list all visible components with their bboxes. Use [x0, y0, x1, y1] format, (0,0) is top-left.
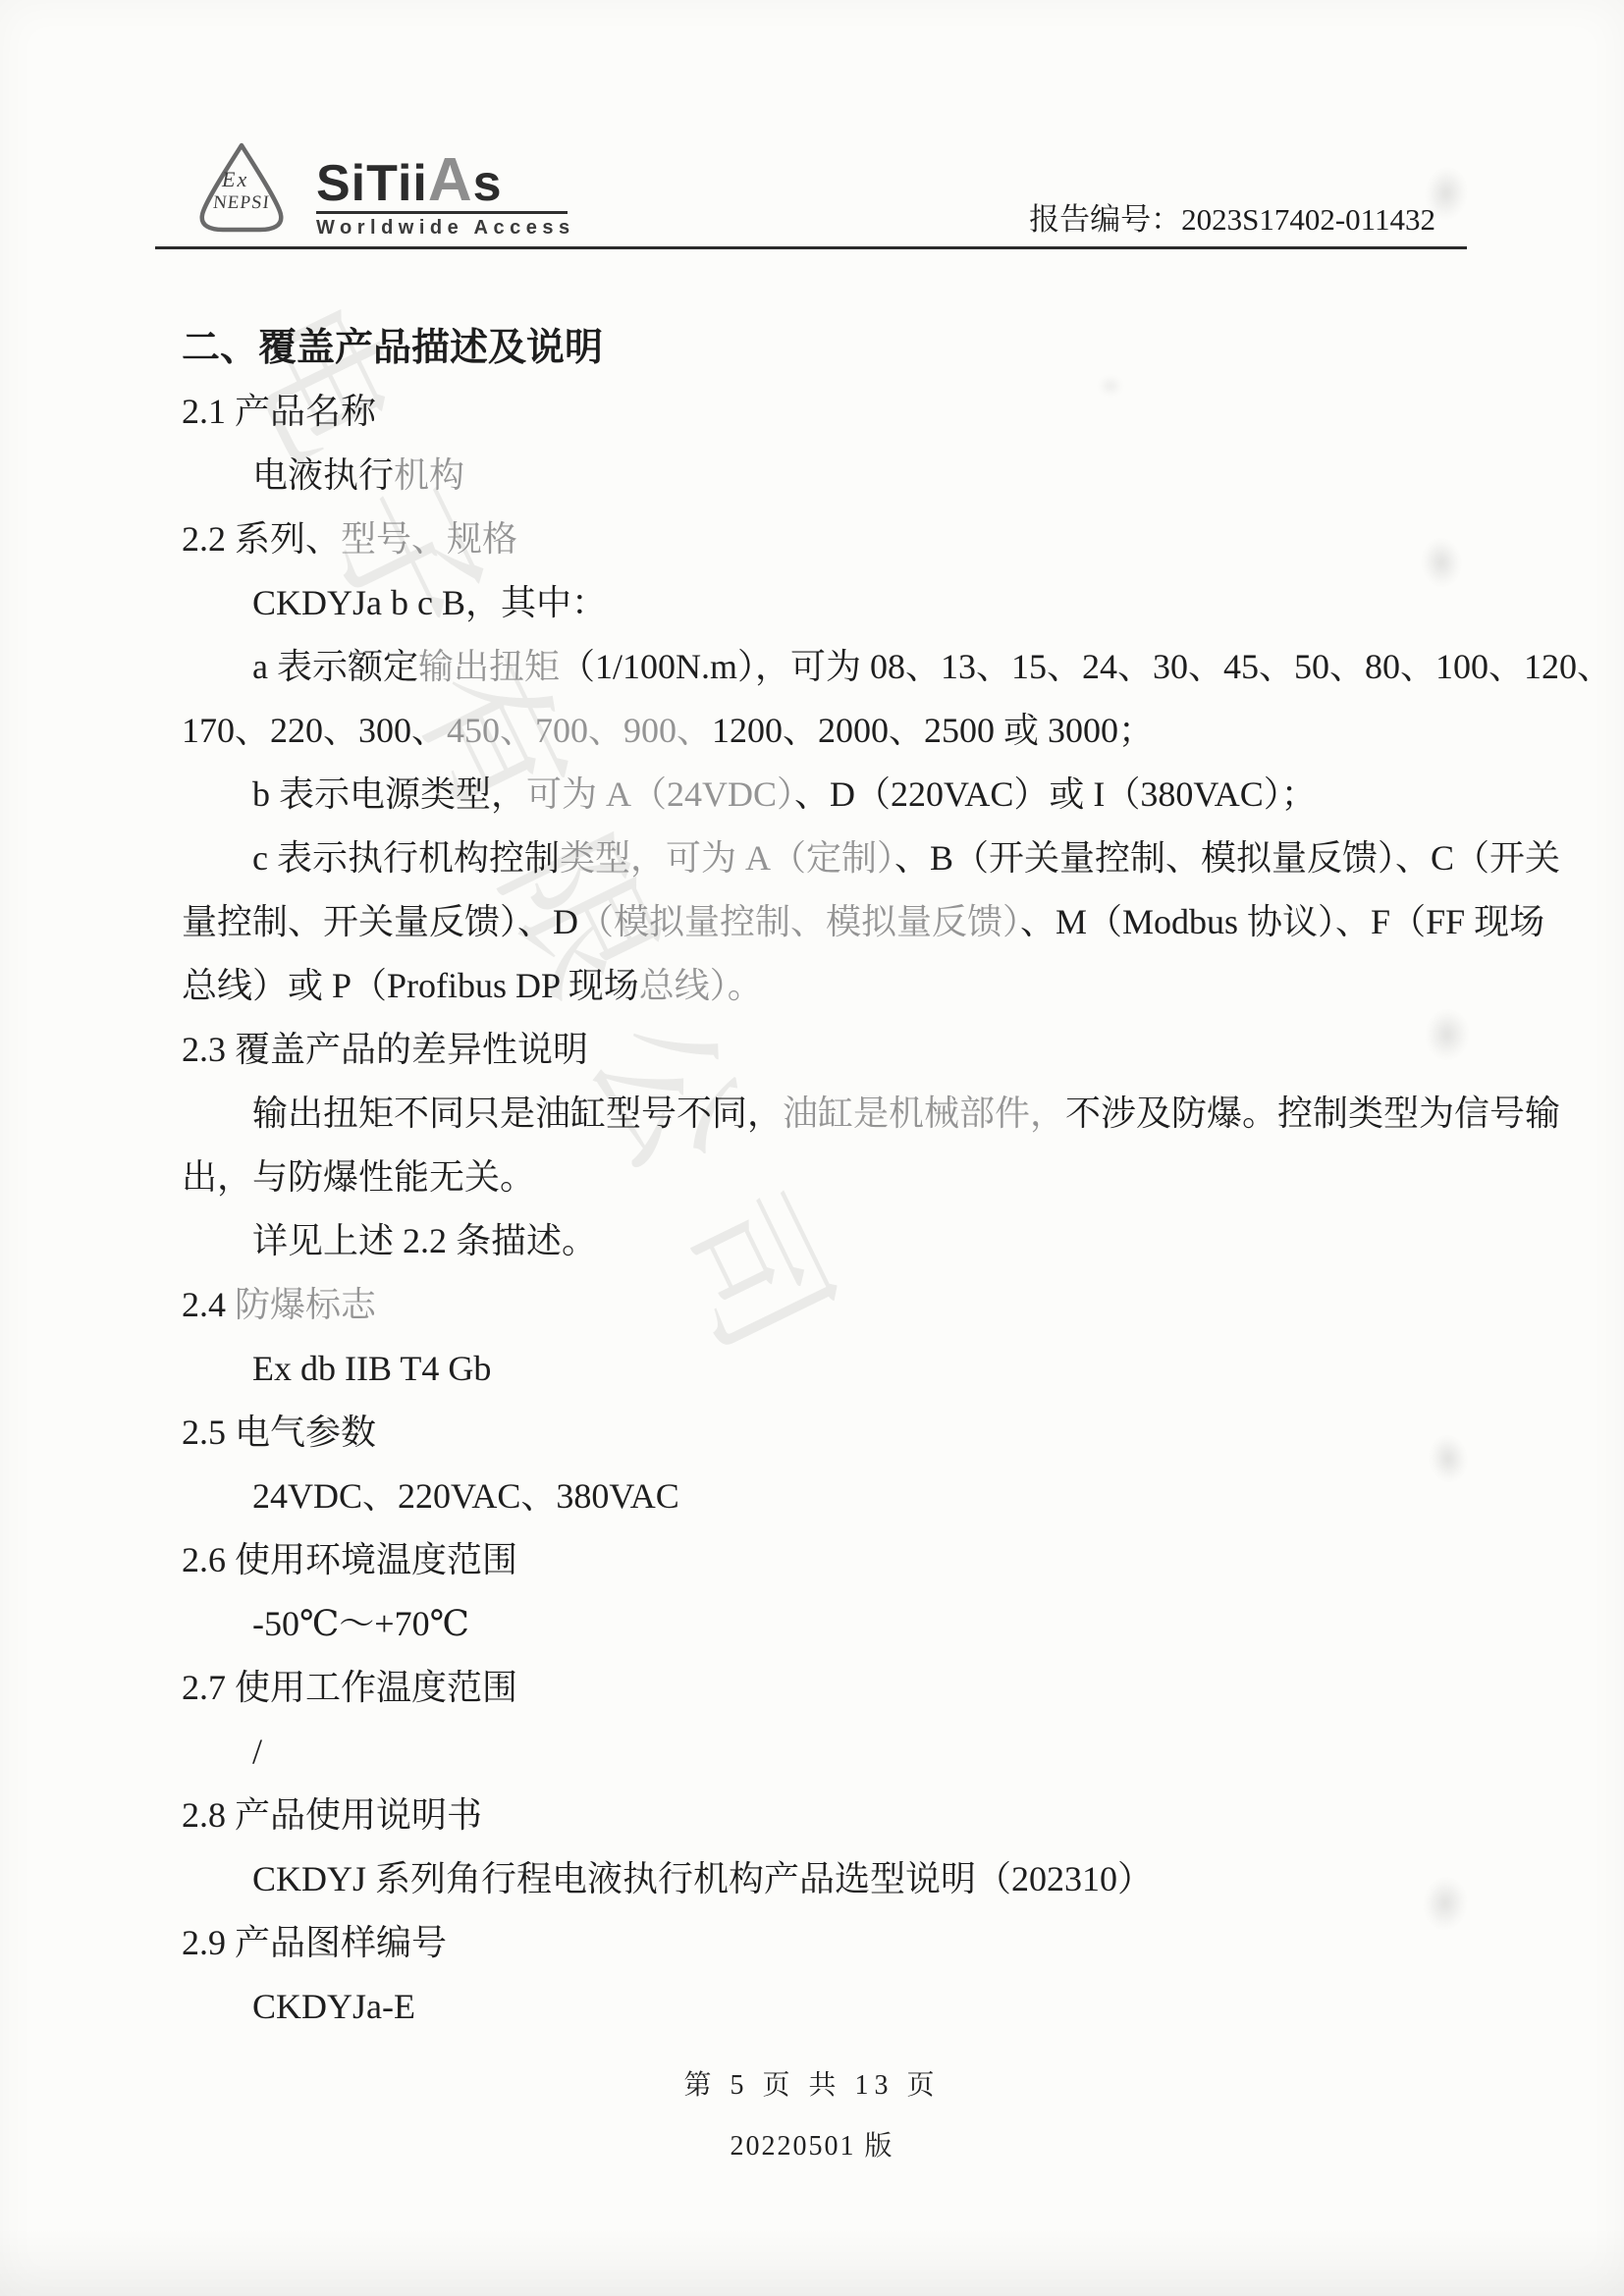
- text-segment: （模拟量控制、模拟量反馈）: [578, 902, 1020, 941]
- brand-wordmark: SiTiiAs: [316, 155, 611, 209]
- body-line: 电液执行机构: [182, 444, 1492, 507]
- text-segment: 1200、2000、2500 或 3000；: [712, 711, 1154, 750]
- body-line: Ex db IIB T4 Gb: [182, 1337, 1492, 1401]
- report-number-value: 2023S17402-011432: [1181, 202, 1435, 237]
- scan-smudge: [1422, 164, 1470, 222]
- scan-smudge: [1427, 1433, 1470, 1485]
- body-line: 2.2 系列、型号、规格: [182, 507, 1492, 571]
- body-line: a 表示额定输出扭矩（1/100N.m），可为 08、13、15、24、30、4…: [182, 635, 1492, 699]
- text-segment: 2.7 使用工作温度范围: [182, 1668, 517, 1707]
- body-line: 2.7 使用工作温度范围: [182, 1656, 1492, 1720]
- text-segment: 2.9 产品图样编号: [182, 1923, 447, 1962]
- body-line: /: [182, 1720, 1492, 1784]
- text-segment: 24VDC、220VAC、380VAC: [252, 1476, 679, 1516]
- body-line: b 表示电源类型，可为 A（24VDC）、D（220VAC）或 I（380VAC…: [182, 763, 1492, 827]
- body-line: 2.9 产品图样编号: [182, 1911, 1492, 1975]
- text-segment: 450、700、900、: [447, 711, 712, 750]
- document-body: 二、覆盖产品描述及说明2.1 产品名称电液执行机构2.2 系列、型号、规格CKD…: [182, 316, 1492, 2039]
- text-segment: 总线）。: [639, 966, 763, 1005]
- report-number-label: 报告编号：: [1029, 202, 1181, 237]
- body-line: CKDYJa b c B，其中：: [182, 571, 1492, 635]
- text-segment: （1/100N.m），可为 08、13、15、24、30、45、50、80、10…: [560, 647, 1612, 686]
- text-segment: 2.2 系列、: [182, 519, 341, 559]
- text-segment: CKDYJ 系列角行程电液执行机构产品选型说明（202310）: [252, 1859, 1153, 1898]
- text-segment: 详见上述 2.2 条描述。: [252, 1221, 597, 1260]
- text-segment: 2.1 产品名称: [182, 392, 376, 431]
- body-line: 总线）或 P（Profibus DP 现场总线）。: [182, 954, 1492, 1018]
- text-segment: 出，与防爆性能无关。: [182, 1157, 535, 1197]
- brand-letter-segment: A: [428, 146, 473, 214]
- body-line: CKDYJa-E: [182, 1975, 1492, 2039]
- text-segment: 电液执行: [252, 455, 394, 495]
- header-divider: [155, 246, 1467, 249]
- text-segment: 油缸是机械部件，: [783, 1094, 1065, 1133]
- section-heading: 二、覆盖产品描述及说明: [182, 316, 1492, 380]
- text-segment: 可为 A（24VDC）: [526, 774, 794, 814]
- badge-nepsi-text: NEPSI: [205, 192, 278, 214]
- body-line: 2.4 防爆标志: [182, 1273, 1492, 1337]
- text-segment: 170、220、300、: [182, 711, 447, 750]
- text-segment: 量控制、开关量反馈）、D: [182, 902, 578, 941]
- body-line: CKDYJ 系列角行程电液执行机构产品选型说明（202310）: [182, 1847, 1492, 1911]
- page-number: 第 5 页 共 13 页: [0, 2063, 1624, 2103]
- body-line: c 表示执行机构控制类型，可为 A（定制）、B（开关量控制、模拟量反馈）、C（开…: [182, 827, 1492, 890]
- text-segment: 2.6 使用环境温度范围: [182, 1540, 517, 1579]
- text-segment: b 表示电源类型，: [252, 774, 526, 814]
- brand-tagline: Worldwide Access: [316, 217, 611, 240]
- text-segment: 二、覆盖产品描述及说明: [182, 327, 603, 369]
- badge-ex-text: Ex: [222, 167, 248, 192]
- body-line: 2.5 电气参数: [182, 1401, 1492, 1465]
- scan-smudge: [1098, 375, 1123, 397]
- text-segment: c 表示执行机构控制: [252, 838, 560, 878]
- body-line: 2.8 产品使用说明书: [182, 1784, 1492, 1847]
- body-line: 2.1 产品名称: [182, 380, 1492, 444]
- text-segment: CKDYJa-E: [252, 1987, 415, 2026]
- text-segment: 、B（开关量控制、模拟量反馈）、C（开关: [894, 838, 1560, 878]
- text-segment: -50℃～+70℃: [252, 1604, 469, 1643]
- report-number: 报告编号：2023S17402-011432: [1029, 194, 1435, 239]
- body-line: 出，与防爆性能无关。: [182, 1146, 1492, 1209]
- text-segment: 2.8 产品使用说明书: [182, 1795, 482, 1835]
- text-segment: 、D（220VAC）或 I（380VAC）；: [794, 774, 1317, 814]
- scan-smudge: [1424, 1007, 1471, 1062]
- body-line: -50℃～+70℃: [182, 1592, 1492, 1656]
- text-segment: 2.5 电气参数: [182, 1413, 376, 1452]
- text-segment: 总线）或 P（Profibus DP 现场: [182, 966, 639, 1005]
- text-segment: 输出扭矩不同只是油缸型号不同，: [252, 1094, 783, 1133]
- scan-smudge: [1419, 536, 1463, 589]
- text-segment: /: [252, 1732, 262, 1771]
- brand-letter-segment: s: [473, 155, 503, 212]
- brand-logo: SiTiiAs Worldwide Access: [316, 155, 611, 240]
- body-line: 2.6 使用环境温度范围: [182, 1528, 1492, 1592]
- text-segment: 、M（Modbus 协议）、F（FF 现场: [1020, 902, 1544, 941]
- body-line: 输出扭矩不同只是油缸型号不同，油缸是机械部件，不涉及防爆。控制类型为信号输: [182, 1082, 1492, 1146]
- text-segment: a 表示额定: [252, 647, 418, 686]
- version-number: 20220501 版: [0, 2124, 1624, 2163]
- scan-smudge: [1421, 1875, 1469, 1932]
- body-line: 24VDC、220VAC、380VAC: [182, 1465, 1492, 1528]
- nepsi-ex-badge: Ex NEPSI: [192, 141, 291, 236]
- text-segment: 型号、规格: [341, 519, 517, 559]
- text-segment: 2.4: [182, 1285, 235, 1324]
- text-segment: 防爆标志: [235, 1285, 376, 1324]
- body-line: 2.3 覆盖产品的差异性说明: [182, 1018, 1492, 1082]
- brand-letter-segment: SiTii: [316, 155, 428, 212]
- text-segment: 类型，可为 A（定制）: [560, 838, 894, 878]
- text-segment: 2.3 覆盖产品的差异性说明: [182, 1030, 588, 1069]
- text-segment: CKDYJa b c B，其中：: [252, 583, 607, 622]
- text-segment: 输出扭矩: [418, 647, 560, 686]
- body-line: 详见上述 2.2 条描述。: [182, 1209, 1492, 1273]
- text-segment: Ex db IIB T4 Gb: [252, 1349, 491, 1388]
- body-line: 170、220、300、450、700、900、1200、2000、2500 或…: [182, 699, 1492, 763]
- scanned-report-page: Ex NEPSI SiTiiAs Worldwide Access 报告编号：2…: [0, 0, 1624, 2296]
- text-segment: 机构: [394, 455, 464, 495]
- body-line: 量控制、开关量反馈）、D（模拟量控制、模拟量反馈）、M（Modbus 协议）、F…: [182, 890, 1492, 954]
- text-segment: 不涉及防爆。控制类型为信号输: [1065, 1094, 1560, 1133]
